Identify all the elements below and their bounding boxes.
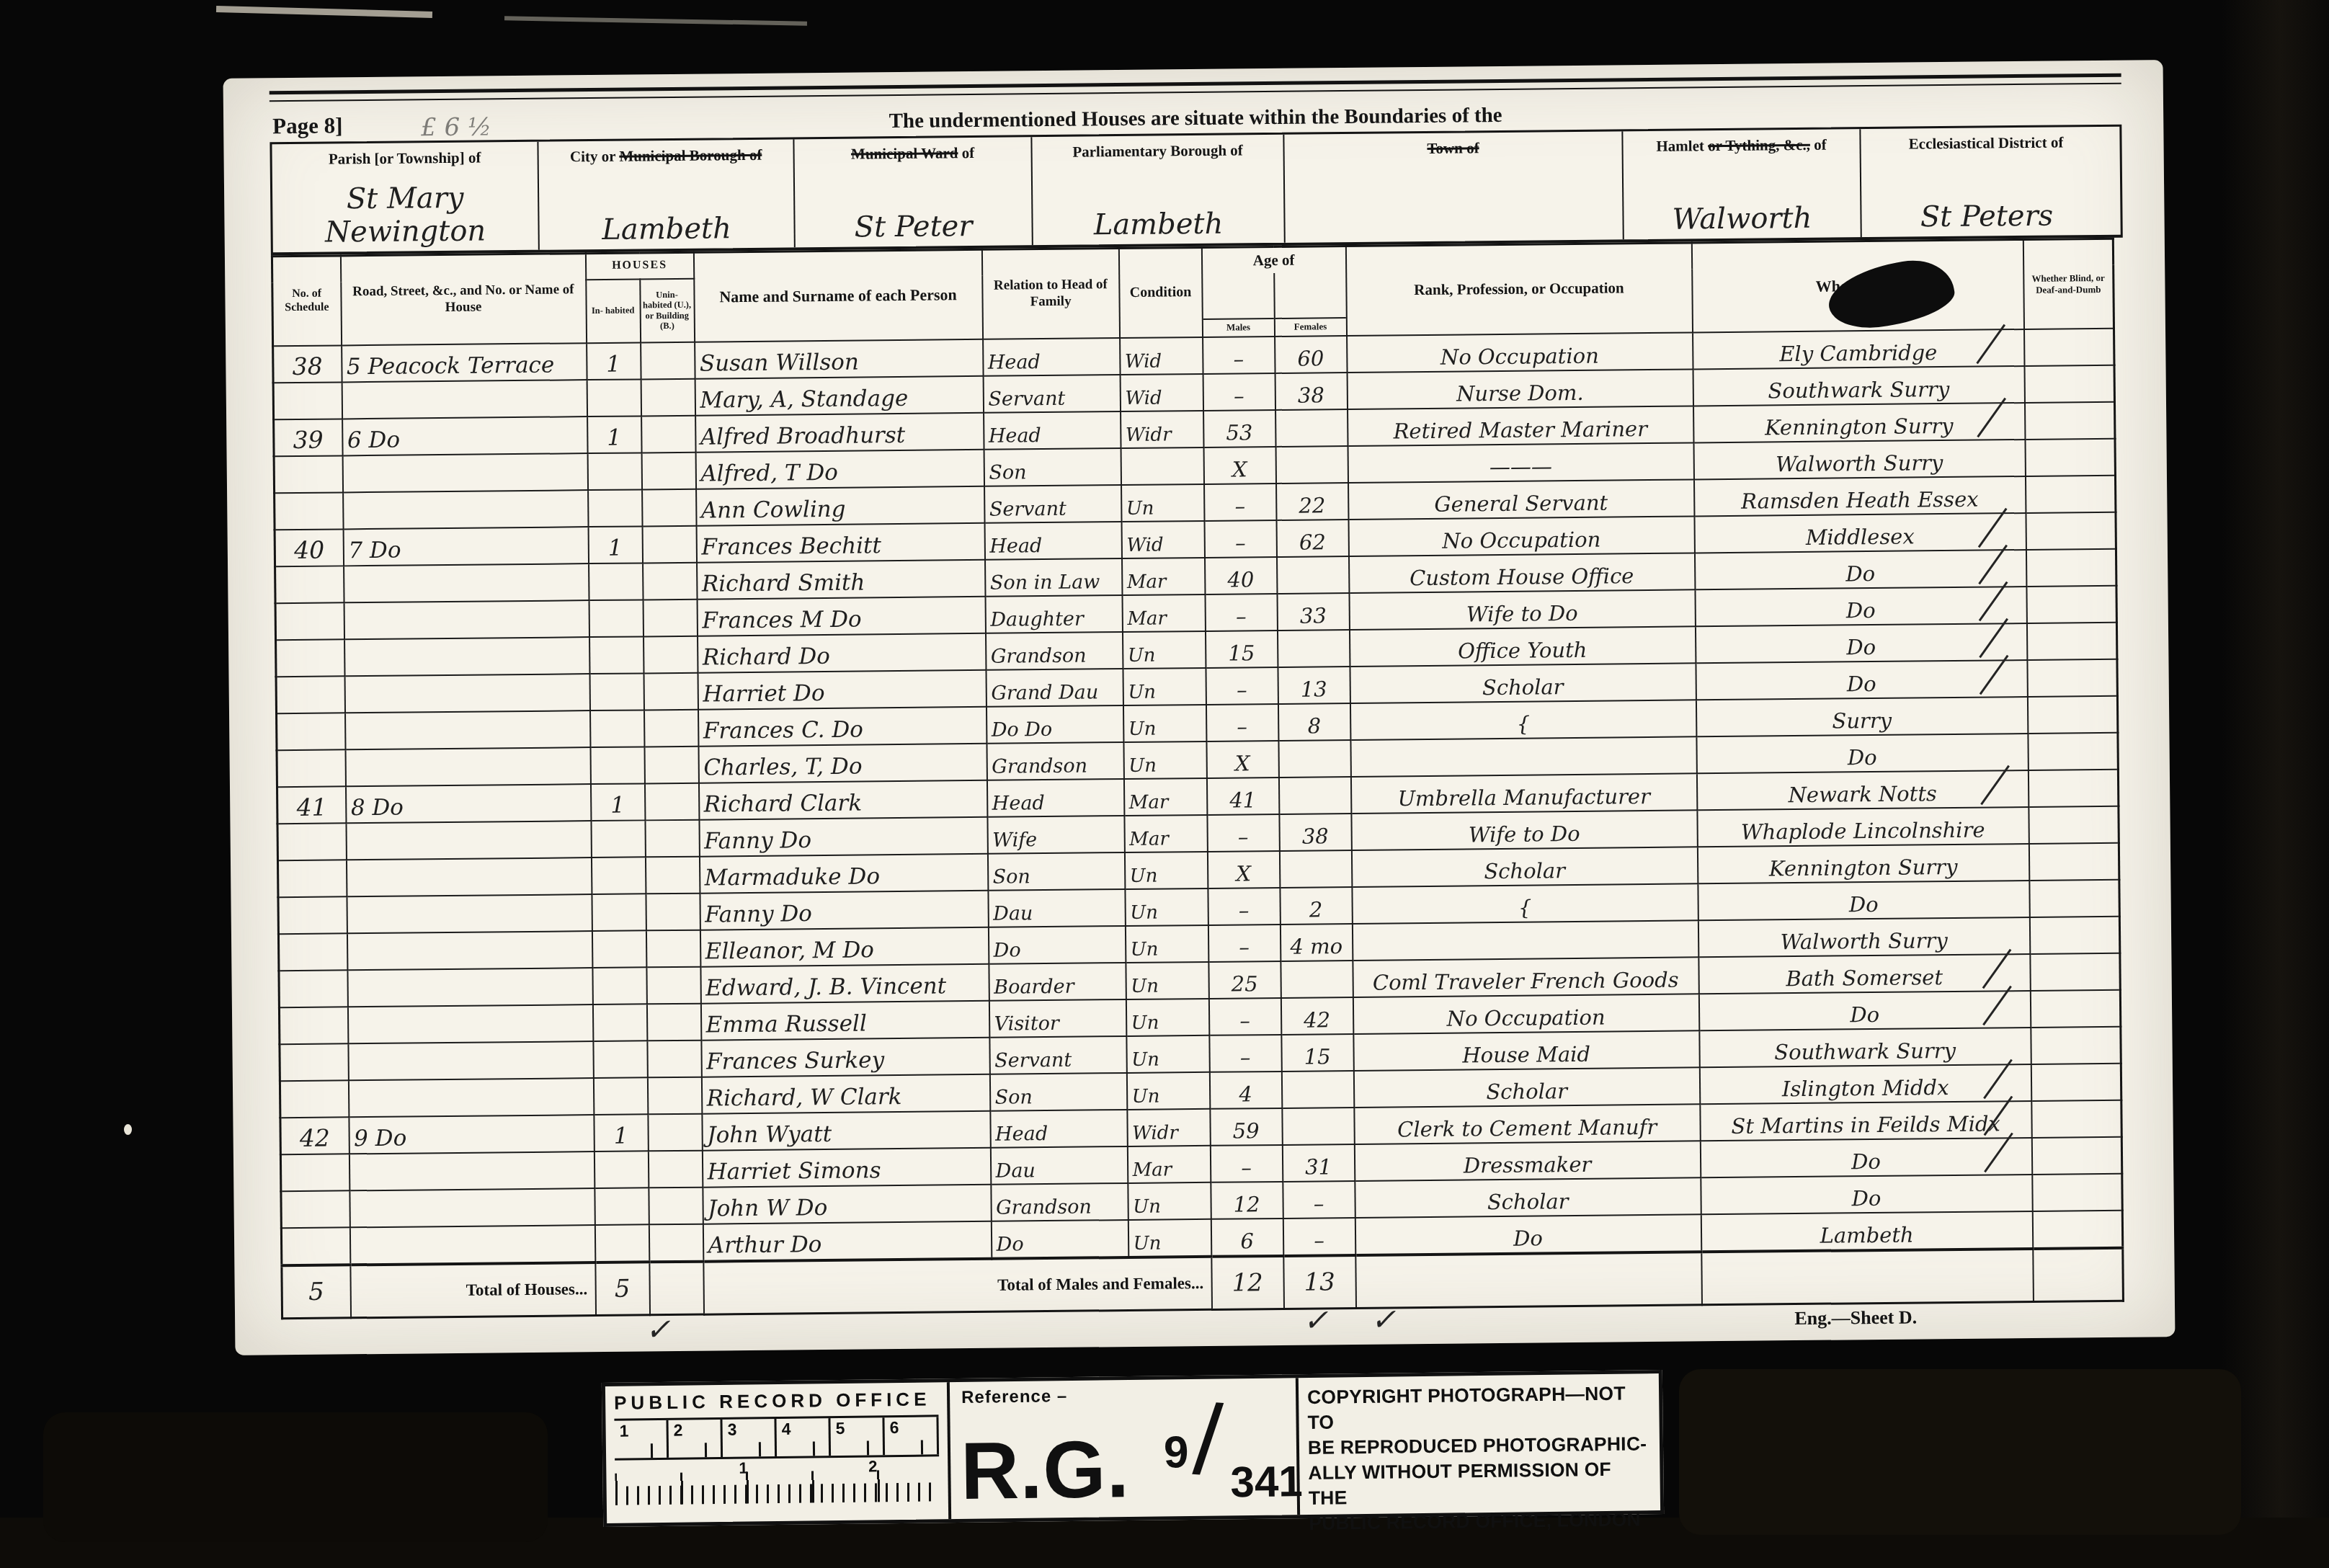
reference-series: R.G. xyxy=(961,1422,1131,1518)
cell-age-male: – xyxy=(1205,593,1277,631)
cell-schedule xyxy=(274,455,342,493)
cell-relation: Head xyxy=(990,1109,1127,1147)
boundary-field-label: Hamlet or Tything, &c., of xyxy=(1623,129,1859,156)
cell-occupation xyxy=(1352,920,1698,961)
ruler-fine-ticks: 1 2 xyxy=(615,1456,940,1505)
cell-age-male: – xyxy=(1210,1144,1282,1182)
cell-road xyxy=(347,931,592,970)
boundary-field-value: St Mary Newington xyxy=(272,181,538,250)
cell-age-female: – xyxy=(1283,1217,1355,1255)
cell-where-born: Walworth Surry xyxy=(1693,439,2025,478)
ruler-number: 2 xyxy=(868,1457,878,1476)
cell-occupation: Scholar xyxy=(1351,847,1697,887)
cell-age-female xyxy=(1278,776,1351,814)
cell-inhabited: 1 xyxy=(590,783,644,821)
cell-where-born: Do xyxy=(1695,586,2026,625)
total-females-value: 13 xyxy=(1283,1255,1356,1309)
cell-age-female xyxy=(1277,629,1350,667)
cell-relation: Wife xyxy=(987,816,1124,854)
cell-condition: Un xyxy=(1128,1182,1211,1219)
col-header-uninhabited: Unin- habited (U.), or Building (B.) xyxy=(640,278,695,342)
cell-age-male: – xyxy=(1208,887,1280,925)
cell-condition: Mar xyxy=(1127,1145,1210,1182)
boundary-field-label: City or Municipal Borough of xyxy=(538,139,793,167)
cell-schedule xyxy=(277,860,346,897)
col-header-houses-group: HOUSES xyxy=(585,252,693,279)
cell-condition: Mar xyxy=(1122,594,1205,631)
cell-schedule xyxy=(273,382,342,419)
cell-name: Richard Clark xyxy=(698,780,987,819)
cell-age-male: 4 xyxy=(1209,1071,1281,1108)
col-header-occupation: Rank, Profession, or Occupation xyxy=(1345,243,1692,336)
cell-occupation: House Maid xyxy=(1353,1030,1699,1071)
cell-schedule xyxy=(275,566,344,603)
cell-age-male: – xyxy=(1208,924,1280,961)
pen-slash xyxy=(1979,618,2008,658)
cell-road: 8 Do xyxy=(345,784,590,823)
cell-relation: Son in Law xyxy=(985,558,1122,597)
cell-condition: Widr xyxy=(1127,1108,1210,1146)
cell-road xyxy=(342,453,587,492)
cell-name: Frances Surkey xyxy=(701,1037,989,1077)
cell-inhabited xyxy=(592,894,646,931)
cell-relation: Servant xyxy=(984,485,1121,523)
cell-road xyxy=(344,600,589,639)
cell-occupation: Clerk to Cement Manufr xyxy=(1354,1104,1700,1144)
cell-uninhabited xyxy=(644,746,699,783)
cell-occupation: Retired Master Mariner xyxy=(1348,406,1693,446)
cell-age-female: 31 xyxy=(1282,1144,1355,1181)
cell-occupation: Custom House Office xyxy=(1349,553,1695,593)
cell-inhabited xyxy=(589,636,644,674)
cell-where-born: Do xyxy=(1695,623,2026,662)
cell-relation: Grandson xyxy=(991,1182,1128,1221)
ruler-inch-cell: 1 xyxy=(614,1420,669,1458)
cell-relation: Head xyxy=(983,338,1120,376)
cell-occupation: No Occupation xyxy=(1348,516,1694,556)
cell-uninhabited xyxy=(648,1150,703,1188)
sheet-note: Eng.—Sheet D. xyxy=(1794,1306,1917,1329)
cell-where-born: St Martins in Feilds Midx xyxy=(1700,1100,2031,1140)
stamp-reference-panel: Reference – R.G. 9 / 341 xyxy=(950,1378,1300,1519)
total-houses-label: Total of Houses... xyxy=(350,1262,596,1318)
cell-relation: Head xyxy=(984,522,1121,560)
reference-piece: 9 xyxy=(1164,1427,1189,1478)
cell-where-born: Ely Cambridge xyxy=(1693,329,2024,368)
cell-condition: Wid xyxy=(1120,337,1203,374)
cell-disability xyxy=(2026,585,2116,623)
cell-road xyxy=(344,674,589,713)
boundary-field-value: St Peters xyxy=(1861,199,2111,234)
cell-inhabited: 1 xyxy=(588,526,642,563)
cell-name: Ann Cowling xyxy=(696,486,984,525)
cell-age-female xyxy=(1275,409,1348,447)
photo-artifact xyxy=(43,1412,548,1542)
cell-road xyxy=(349,1225,595,1265)
cell-condition: Un xyxy=(1126,998,1208,1035)
cell-name: Susan Willson xyxy=(695,339,983,378)
boundary-field-label: Parish [or Township] of xyxy=(272,142,537,170)
cell-disability xyxy=(2029,879,2119,917)
cell-road: 6 Do xyxy=(342,416,587,455)
cell-age-female: 33 xyxy=(1277,592,1350,630)
reference-label: Reference – xyxy=(961,1386,1067,1408)
cell-disability xyxy=(2026,548,2116,586)
total-males-value: 12 xyxy=(1211,1255,1284,1309)
cell-disability xyxy=(2027,695,2117,733)
cell-uninhabited xyxy=(645,819,700,857)
cell-disability xyxy=(2030,953,2120,990)
cell-relation: Grandson xyxy=(986,632,1123,670)
cell-disability xyxy=(2031,1100,2121,1137)
cell-relation: Son xyxy=(989,1072,1126,1110)
cell-inhabited xyxy=(590,747,644,784)
photo-artifact xyxy=(216,6,432,18)
cell-where-born: Do xyxy=(1698,880,2029,919)
cell-condition: Un xyxy=(1128,1219,1211,1257)
cell-age-male: – xyxy=(1209,1034,1281,1072)
cell-occupation: Wife to Do xyxy=(1351,810,1697,850)
cell-name: Richard Smith xyxy=(697,559,985,599)
pen-slash xyxy=(1977,507,2007,548)
pen-slash xyxy=(1976,324,2005,364)
cell-name: Harriet Simons xyxy=(702,1147,990,1187)
cell-inhabited xyxy=(595,1188,649,1225)
total-houses-value: 5 xyxy=(595,1262,650,1316)
ruler-inch-cell: 2 xyxy=(668,1420,723,1458)
cell-where-born: Walworth Surry xyxy=(1698,917,2029,956)
cell-age-female xyxy=(1277,556,1350,593)
totals-margin: 5 xyxy=(282,1265,351,1319)
cell-age-female: 42 xyxy=(1281,997,1353,1034)
cell-road xyxy=(348,1041,593,1080)
cell-where-born: Do xyxy=(1696,659,2027,699)
cell-road xyxy=(347,894,592,933)
cell-where-born: Kennington Surry xyxy=(1693,402,2025,442)
cell-schedule xyxy=(277,749,345,787)
cell-name: John W Do xyxy=(703,1184,991,1224)
cell-schedule: 38 xyxy=(273,345,342,383)
cell-age-male: – xyxy=(1206,667,1278,704)
col-header-age-group: Age of xyxy=(1201,246,1345,274)
cell-relation: Servant xyxy=(983,375,1120,413)
col-header-females: Females xyxy=(1274,272,1347,337)
cell-schedule xyxy=(281,1227,349,1265)
pen-slash xyxy=(1984,1132,2013,1172)
cell-age-female: 60 xyxy=(1275,336,1348,373)
stamp-copyright-notice: COPYRIGHT PHOTOGRAPH—NOT TO BE REPRODUCE… xyxy=(1299,1373,1660,1515)
copyright-line: BE REPRODUCED PHOTOGRAPHIC- xyxy=(1308,1431,1651,1461)
cell-schedule xyxy=(277,713,345,750)
cell-condition: Un xyxy=(1126,1072,1209,1109)
cell-name: Frances C. Do xyxy=(698,706,987,746)
cell-where-born: Bath Somerset xyxy=(1698,953,2030,993)
cell-road xyxy=(345,710,590,749)
cell-relation: Dau xyxy=(990,1146,1127,1184)
cell-occupation: { xyxy=(1350,700,1696,740)
col-header-schedule: No. of Schedule xyxy=(272,256,341,346)
cell-name: Mary, A, Standage xyxy=(695,375,983,415)
cell-schedule xyxy=(275,602,344,640)
cell-age-female: 8 xyxy=(1278,703,1350,740)
cell-condition: Un xyxy=(1121,484,1204,521)
cell-relation: Do Do xyxy=(986,705,1123,744)
cell-uninhabited xyxy=(642,489,697,526)
cell-where-born: Do xyxy=(1698,990,2030,1030)
cell-inhabited xyxy=(593,1077,647,1115)
cell-condition: Un xyxy=(1126,961,1208,999)
cell-uninhabited xyxy=(641,378,695,416)
cell-inhabited xyxy=(592,930,646,968)
tick-mark: ✓ xyxy=(645,1311,671,1347)
census-rows: 38 5 Peacock Terrace 1 Susan Willson Hea… xyxy=(273,328,2123,1265)
cell-schedule: 41 xyxy=(277,786,345,824)
cell-disability xyxy=(2031,1136,2121,1174)
cell-inhabited: 1 xyxy=(587,416,641,453)
pen-slash xyxy=(1983,1095,2013,1136)
cell-schedule xyxy=(280,1043,348,1081)
cell-age-male: 15 xyxy=(1205,630,1277,667)
cell-schedule: 39 xyxy=(274,419,342,456)
cell-inhabited: 1 xyxy=(587,342,641,380)
cell-age-male: – xyxy=(1203,336,1275,373)
col-header-males: Males xyxy=(1202,272,1275,337)
cell-where-born: Ramsden Heath Essex xyxy=(1694,476,2026,515)
cell-condition xyxy=(1121,447,1203,484)
cell-occupation: Coml Traveler French Goods xyxy=(1353,957,1698,997)
cell-schedule xyxy=(278,933,347,971)
cell-inhabited xyxy=(594,1151,648,1188)
pen-slash xyxy=(1983,1059,2013,1099)
cell-age-female: 38 xyxy=(1275,373,1348,410)
cell-where-born: Southwark Surry xyxy=(1699,1027,2031,1066)
cell-name: Marmaduke Do xyxy=(699,853,987,893)
cell-occupation: Wife to Do xyxy=(1349,589,1695,630)
cell-relation: Son xyxy=(987,852,1124,891)
cell-condition: Wid xyxy=(1120,373,1203,411)
cell-uninhabited xyxy=(644,636,698,673)
cell-age-female xyxy=(1281,960,1353,997)
cell-age-male: – xyxy=(1207,814,1279,851)
cell-disability xyxy=(2031,1026,2121,1064)
cell-name: Frances Bechitt xyxy=(696,522,984,562)
census-page-sheet: Page 8] £ 6 ½ The undermentioned Houses … xyxy=(223,60,2176,1355)
cell-schedule xyxy=(279,970,347,1007)
cell-where-born: Do xyxy=(1700,1137,2031,1177)
cell-inhabited xyxy=(589,563,643,600)
enumeration-table: No. of Schedule Road, Street, &c., and N… xyxy=(271,238,2124,1319)
cell-condition: Wid xyxy=(1121,520,1204,558)
ruler-inches: 123456 xyxy=(614,1415,939,1460)
cell-disability xyxy=(2028,769,2118,806)
cell-uninhabited xyxy=(644,709,698,747)
cell-uninhabited xyxy=(649,1187,703,1224)
cell-uninhabited xyxy=(646,893,700,930)
cell-schedule xyxy=(280,1154,349,1191)
reference-item: 341 xyxy=(1230,1456,1303,1507)
boundary-field: Ecclesiastical District of St Peters xyxy=(1861,127,2111,237)
cell-road: 9 Do xyxy=(349,1115,594,1154)
copyright-line: PUBLIC RECORD OFFICE, LONDON xyxy=(1309,1507,1652,1536)
cell-road: 7 Do xyxy=(343,527,588,566)
cell-relation: Head xyxy=(984,411,1121,450)
cell-occupation xyxy=(1350,736,1696,777)
cell-age-female: 4 mo xyxy=(1280,923,1353,961)
cell-age-male: – xyxy=(1206,703,1278,741)
cell-name: Fanny Do xyxy=(699,816,987,856)
cell-age-male: 40 xyxy=(1205,556,1277,594)
cell-disability xyxy=(2029,842,2119,880)
col-header-road: Road, Street, &c., and No. or Name of Ho… xyxy=(340,254,586,345)
cell-name: Alfred Broadhurst xyxy=(695,412,984,452)
cell-road xyxy=(346,821,591,860)
cell-disability xyxy=(2030,989,2120,1027)
cell-age-female xyxy=(1279,850,1352,887)
boundary-field-value: St Peter xyxy=(795,209,1031,244)
cell-uninhabited xyxy=(645,856,700,894)
cell-name: Edward, J. B. Vincent xyxy=(700,963,989,1003)
cell-inhabited xyxy=(588,489,642,527)
photo-artifact xyxy=(1679,1369,2241,1535)
cell-inhabited xyxy=(591,820,645,857)
stamp-ruler-panel: PUBLIC RECORD OFFICE 123456 1 2 xyxy=(605,1382,951,1523)
cell-inhabited xyxy=(592,967,646,1004)
cell-disability xyxy=(2025,438,2115,476)
col-header-inhabited: In- habited xyxy=(586,279,641,343)
cell-age-male: X xyxy=(1203,446,1275,484)
cell-age-female xyxy=(1275,446,1348,484)
ruler-inch-cell: 4 xyxy=(776,1418,831,1456)
cell-condition: Un xyxy=(1122,631,1205,668)
cell-age-female: 15 xyxy=(1281,1033,1354,1071)
boundary-field: Parish [or Township] of St Mary Newingto… xyxy=(272,142,539,253)
cell-where-born: Whaplode Lincolnshire xyxy=(1697,806,2029,846)
cell-schedule xyxy=(276,676,344,713)
cell-name: Harriet Do xyxy=(698,669,986,709)
cell-age-male: – xyxy=(1204,520,1276,557)
cell-uninhabited xyxy=(643,599,698,636)
cell-disability xyxy=(2028,732,2118,770)
cell-name: Richard, W Clark xyxy=(701,1074,989,1113)
cell-name: Emma Russell xyxy=(700,1000,989,1040)
cell-where-born: Do xyxy=(1701,1174,2032,1213)
cell-age-female xyxy=(1281,1070,1354,1108)
cell-name: Richard Do xyxy=(698,633,986,672)
cell-relation: Boarder xyxy=(989,962,1126,1000)
ruler-inch-cell: 5 xyxy=(830,1417,885,1456)
cell-age-female: 2 xyxy=(1280,886,1353,924)
public-record-office-stamp: PUBLIC RECORD OFFICE 123456 1 2 Referenc… xyxy=(602,1370,1664,1527)
cell-schedule: 42 xyxy=(280,1117,349,1154)
cell-age-male: X xyxy=(1207,850,1279,888)
cell-road xyxy=(349,1188,595,1227)
cell-condition: Un xyxy=(1123,741,1206,778)
cell-inhabited xyxy=(587,453,641,490)
cell-disability xyxy=(2031,1063,2121,1100)
cell-uninhabited xyxy=(646,966,701,1004)
cell-occupation: Umbrella Manufacturer xyxy=(1350,773,1696,814)
cell-inhabited xyxy=(591,857,645,894)
cell-road xyxy=(348,1078,593,1117)
cell-age-female: 13 xyxy=(1278,666,1350,703)
cell-condition: Mar xyxy=(1122,557,1205,594)
cell-disability xyxy=(2029,916,2119,953)
cell-schedule: 40 xyxy=(275,529,343,566)
cell-uninhabited xyxy=(644,672,698,710)
cell-where-born: Lambeth xyxy=(1701,1211,2032,1251)
cell-schedule xyxy=(279,1007,347,1044)
cell-where-born: Surry xyxy=(1696,696,2027,736)
boundary-field-value: Walworth xyxy=(1624,201,1860,236)
cell-inhabited xyxy=(589,673,644,710)
cell-road xyxy=(343,490,588,529)
copyright-line: COPYRIGHT PHOTOGRAPH—NOT TO xyxy=(1307,1381,1651,1435)
cell-schedule xyxy=(281,1190,349,1228)
cell-age-male: 12 xyxy=(1211,1181,1283,1219)
cell-disability xyxy=(2025,401,2115,439)
col-header-disability: Whether Blind, or Deaf-and-Dumb xyxy=(2023,239,2114,329)
empty-cell xyxy=(1355,1252,1702,1309)
ruler-number: 1 xyxy=(739,1459,748,1478)
cell-road xyxy=(344,637,589,676)
photograph-background: Page 8] £ 6 ½ The undermentioned Houses … xyxy=(0,0,2329,1568)
boundary-field-label: Parliamentary Borough of xyxy=(1032,135,1283,163)
boundary-field-value: Lambeth xyxy=(1033,207,1283,242)
boundary-field-label: Municipal Ward of xyxy=(794,137,1030,164)
photo-artifact xyxy=(124,1124,132,1135)
cell-relation: Grandson xyxy=(987,742,1123,780)
cell-schedule xyxy=(280,1080,348,1118)
cell-uninhabited xyxy=(648,1113,703,1151)
cell-road xyxy=(344,563,589,602)
copyright-line: ALLY WITHOUT PERMISSION OF THE xyxy=(1308,1456,1652,1511)
cell-where-born: Islington Middx xyxy=(1699,1064,2031,1103)
cell-relation: Dau xyxy=(988,889,1125,927)
cell-occupation: { xyxy=(1352,883,1698,924)
cell-disability xyxy=(2024,365,2114,402)
pen-slash xyxy=(1982,948,2011,989)
reference-slash: / xyxy=(1190,1383,1224,1499)
cell-condition: Mar xyxy=(1123,778,1206,815)
cell-occupation: Dressmaker xyxy=(1354,1141,1700,1181)
cell-relation: Daughter xyxy=(985,595,1122,633)
cell-condition: Un xyxy=(1125,925,1208,962)
cell-condition: Un xyxy=(1124,851,1207,888)
cell-inhabited xyxy=(587,379,641,416)
cell-relation: Head xyxy=(987,779,1123,817)
boundary-field: City or Municipal Borough of Lambeth xyxy=(538,139,795,249)
cell-occupation: No Occupation xyxy=(1347,332,1693,373)
photo-artifact xyxy=(504,16,807,25)
cell-age-male: 25 xyxy=(1208,961,1281,998)
cell-road xyxy=(347,1004,592,1043)
cell-age-female xyxy=(1278,739,1351,777)
enumeration-table-wrap: No. of Schedule Road, Street, &c., and N… xyxy=(271,238,2134,1363)
cell-relation: Visitor xyxy=(989,999,1126,1037)
cell-road xyxy=(345,747,590,786)
cell-inhabited xyxy=(589,600,643,637)
cell-inhabited xyxy=(593,1041,647,1078)
cell-road xyxy=(349,1151,594,1190)
boundary-field-label: Ecclesiastical District of xyxy=(1861,127,2111,155)
cell-disability xyxy=(2027,659,2117,696)
cell-disability xyxy=(2026,512,2116,549)
cell-uninhabited xyxy=(649,1224,703,1262)
cell-age-female xyxy=(1282,1107,1355,1144)
pen-slash xyxy=(1978,544,2008,584)
cell-where-born: Newark Notts xyxy=(1696,770,2028,809)
cell-occupation: Do xyxy=(1355,1214,1701,1255)
